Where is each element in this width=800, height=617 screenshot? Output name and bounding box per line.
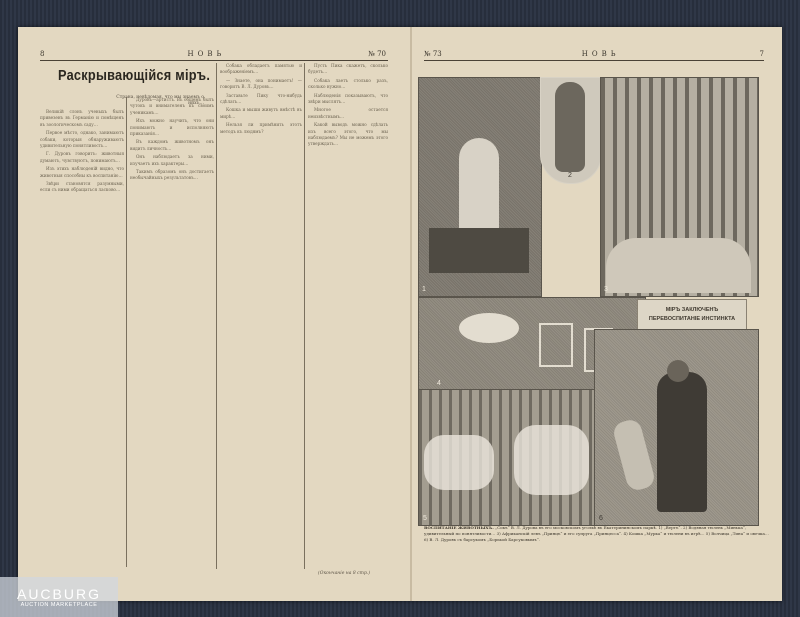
header-rule — [40, 60, 388, 61]
photo-dog-on-chair: 1 — [418, 77, 542, 297]
photo-seal: 2 — [540, 77, 602, 184]
header-rule — [424, 60, 764, 61]
page-number: 7 — [760, 50, 764, 58]
right-page: № 73 НОВЬ 7 1 2 3 4 МІРЪ ЗАКЛЮЧЕНЪ — [412, 27, 782, 601]
right-running-head: № 73 НОВЬ 7 — [424, 49, 764, 59]
issue-number: № 73 — [424, 50, 442, 58]
masthead: НОВЬ — [187, 50, 225, 58]
photo-man-with-seal: 6 — [594, 329, 759, 526]
photo-caption: ВОСПИТАНІЕ ЖИВОТНЫХЪ. „Сокъ“ В. Л. Дуров… — [424, 525, 769, 543]
watermark-brand: AUCBURG — [17, 586, 101, 602]
left-page: 8 НОВЬ № 70 Раскрывающійся міръ. Страна,… — [18, 27, 410, 601]
photo-wolf-and-sheep: 5 — [418, 389, 596, 526]
column-divider — [126, 97, 127, 567]
issue-number: № 70 — [368, 50, 386, 58]
masthead: НОВЬ — [582, 50, 620, 58]
article-column-2: Дуровъ—артистъ. Въ общемъ былъ чутокъ и … — [130, 97, 214, 569]
watermark-tagline: AUCTION MARKETPLACE — [21, 602, 98, 608]
photo-bears-in-cage: 3 — [600, 77, 759, 297]
column-divider — [216, 63, 217, 569]
article-column-4: Пусть Пика скажетъ, сколько будетъ… Соба… — [308, 63, 388, 563]
photo-banner: МІРЪ ЗАКЛЮЧЕНЪ ПЕРЕВОСПИТАНІЕ ИНСТИНКТА — [637, 299, 747, 331]
column-divider — [304, 63, 305, 569]
continued-note: (Окончаніе на 8 стр.) — [318, 571, 370, 576]
newspaper-spread: 8 НОВЬ № 70 Раскрывающійся міръ. Страна,… — [18, 27, 782, 601]
article-column-3: Собака обладаетъ памятью и воображеніемъ… — [220, 63, 302, 569]
page-number: 8 — [40, 50, 44, 58]
left-running-head: 8 НОВЬ № 70 — [40, 49, 386, 59]
article-column-1: Великій слонъ ученыхъ былъ привезенъ въ … — [40, 109, 124, 569]
auction-watermark: AUCBURG AUCTION MARKETPLACE — [0, 577, 118, 617]
article-headline: Раскрывающійся міръ. — [58, 67, 210, 84]
